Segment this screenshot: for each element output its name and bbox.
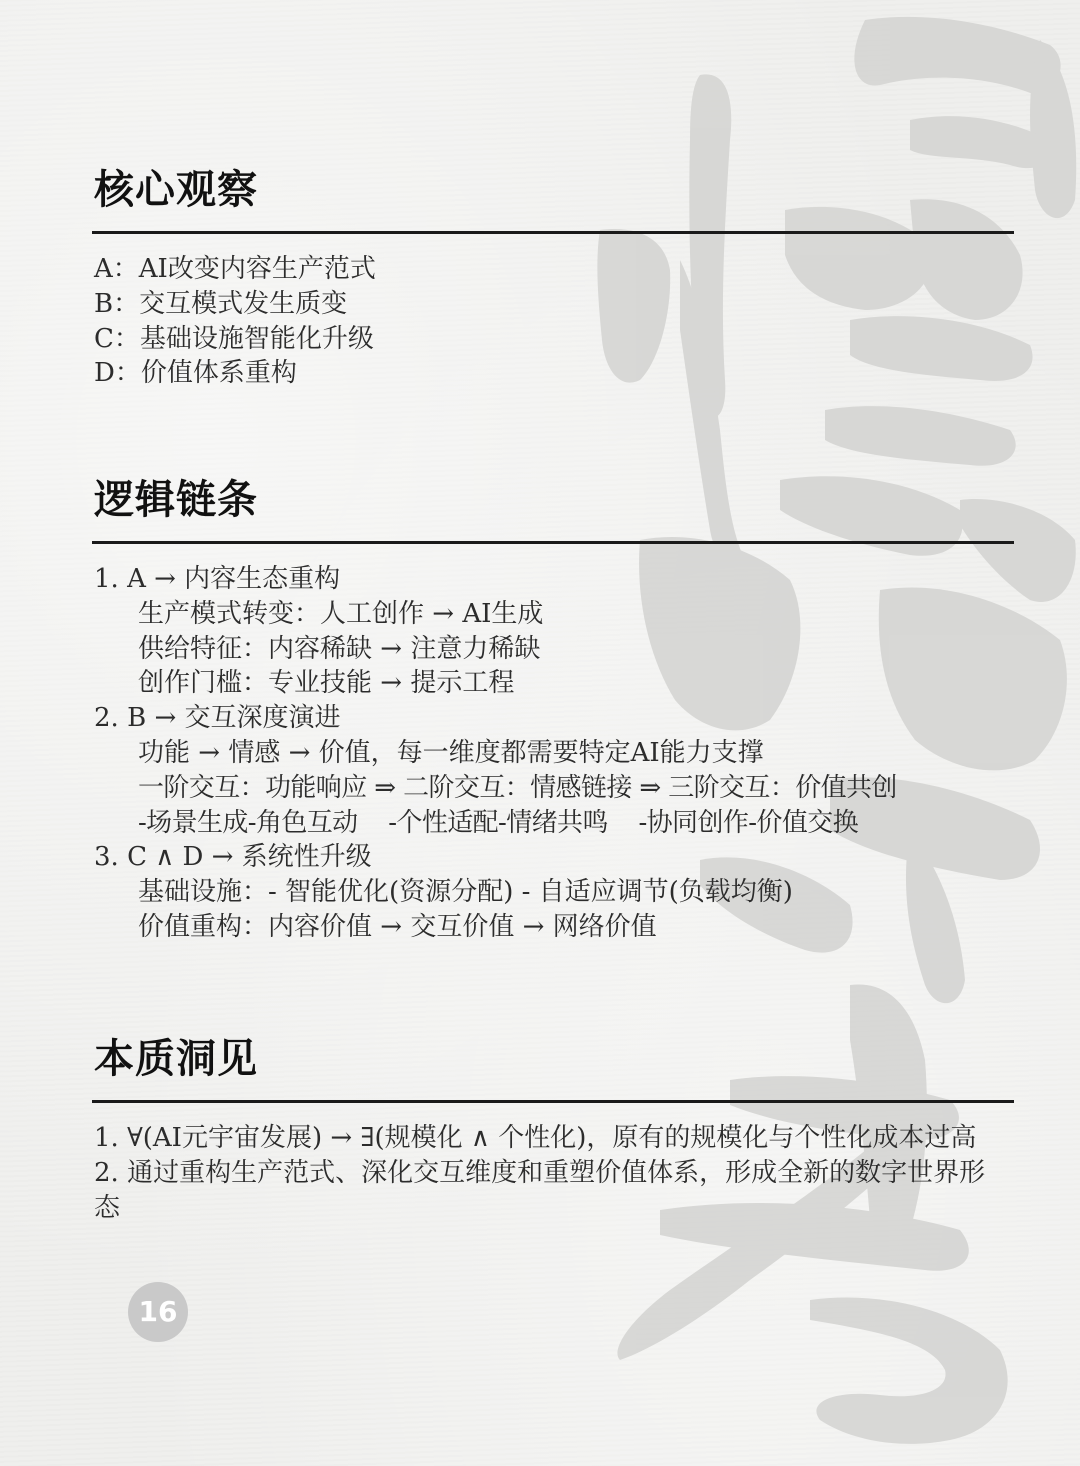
chain-item-3-detail: 基础设施：- 智能优化(资源分配) - 自适应调节(负载均衡)	[94, 875, 1016, 910]
section-essential-insights: 本质洞见 1. ∀(AI元宇宙发展) → ∃(规模化 ∧ 个性化)，原有的规模化…	[94, 1032, 1016, 1225]
insight-item-2: 2. 通过重构生产范式、深化交互维度和重塑价值体系，形成全新的数字世界形态	[94, 1156, 1004, 1226]
chain-item-1-detail: 创作门槛：专业技能 → 提示工程	[94, 666, 1016, 701]
chain-item-2-detail: 一阶交互：功能响应 ⇒ 二阶交互：情感链接 ⇒ 三阶交互：价值共创	[94, 771, 1016, 806]
section-title: 本质洞见	[94, 1032, 1016, 1086]
chain-item-1-detail: 生产模式转变：人工创作 → AI生成	[94, 597, 1016, 632]
section-title: 逻辑链条	[94, 473, 1016, 527]
section-divider	[92, 1100, 1014, 1103]
page-number-badge: 16	[128, 1282, 188, 1342]
chain-item-1-heading: 1. A → 内容生态重构	[94, 562, 1016, 597]
section-title: 核心观察	[94, 163, 1016, 217]
document-page: 核心观察 A：AI改变内容生产范式 B：交互模式发生质变 C：基础设施智能化升级…	[0, 0, 1080, 1466]
chain-item-1-detail: 供给特征：内容稀缺 → 注意力稀缺	[94, 632, 1016, 667]
logic-chain-list: 1. A → 内容生态重构 生产模式转变：人工创作 → AI生成 供给特征：内容…	[94, 562, 1016, 945]
observation-list: A：AI改变内容生产范式 B：交互模式发生质变 C：基础设施智能化升级 D：价值…	[94, 252, 1016, 391]
observation-item-d: D：价值体系重构	[94, 356, 1016, 391]
chain-item-3-heading: 3. C ∧ D → 系统性升级	[94, 840, 1016, 875]
chain-item-3-detail: 价值重构：内容价值 → 交互价值 → 网络价值	[94, 910, 1016, 945]
observation-item-a: A：AI改变内容生产范式	[94, 252, 1016, 287]
section-divider	[92, 541, 1014, 544]
chain-item-2-detail: -场景生成-角色互动 -个性适配-情绪共鸣 -协同创作-价值交换	[94, 806, 1016, 841]
insight-item-1: 1. ∀(AI元宇宙发展) → ∃(规模化 ∧ 个性化)，原有的规模化与个性化成…	[94, 1121, 1004, 1156]
chain-item-2-heading: 2. B → 交互深度演进	[94, 701, 1016, 736]
chain-item-2-detail: 功能 → 情感 → 价值，每一维度都需要特定AI能力支撑	[94, 736, 1016, 771]
insight-list: 1. ∀(AI元宇宙发展) → ∃(规模化 ∧ 个性化)，原有的规模化与个性化成…	[94, 1121, 1016, 1225]
section-logic-chain: 逻辑链条 1. A → 内容生态重构 生产模式转变：人工创作 → AI生成 供给…	[94, 473, 1016, 945]
section-divider	[92, 231, 1014, 234]
observation-item-b: B：交互模式发生质变	[94, 287, 1016, 322]
section-core-observations: 核心观察 A：AI改变内容生产范式 B：交互模式发生质变 C：基础设施智能化升级…	[94, 163, 1016, 391]
observation-item-c: C：基础设施智能化升级	[94, 322, 1016, 357]
